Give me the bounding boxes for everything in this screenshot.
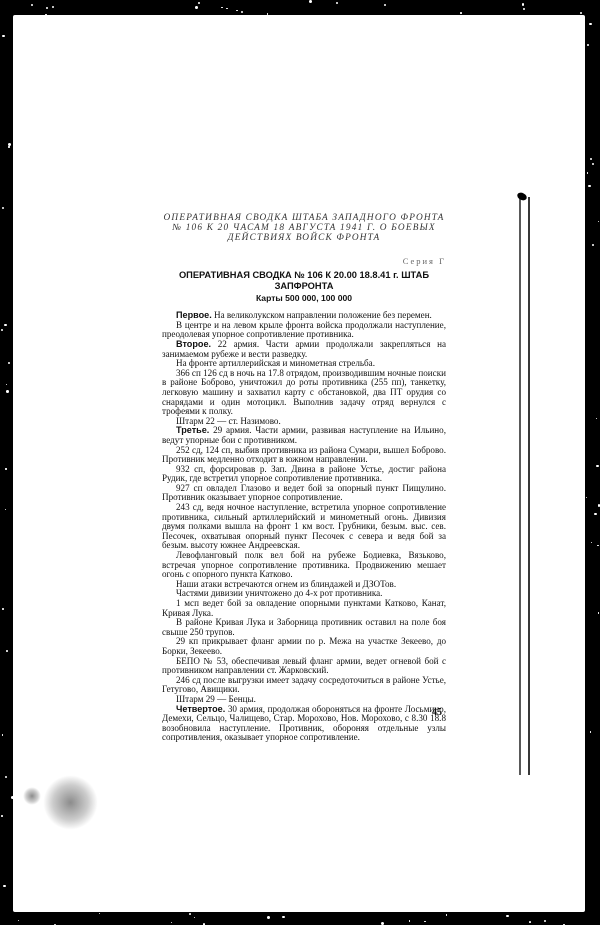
scan-noise	[5, 468, 6, 469]
scan-noise	[592, 163, 594, 165]
paragraph-text: В районе Кривая Лука и Заборница противн…	[162, 617, 446, 637]
maps-line: Карты 500 000, 100 000	[162, 294, 446, 304]
scan-noise	[282, 916, 285, 919]
report-paragraph: Третье. 29 армия. Части армии, развивая …	[162, 426, 446, 445]
document-title: ОПЕРАТИВНАЯ СВОДКА ШТАБА ЗАПАДНОГО ФРОНТ…	[162, 213, 446, 243]
paragraph-lead: Первое.	[176, 310, 212, 320]
paragraph-text: 927 сп овладел Глазово и ведет бой за оп…	[162, 483, 446, 503]
report-paragraph: В районе Кривая Лука и Заборница противн…	[162, 618, 446, 637]
scan-noise	[2, 207, 4, 209]
report-heading: ОПЕРАТИВНАЯ СВОДКА № 106 К 20.00 18.8.41…	[162, 270, 446, 292]
paragraph-text: На великолукском направлении положение б…	[212, 310, 432, 320]
report-paragraph: Второе. 22 армия. Части армии продолжали…	[162, 340, 446, 359]
scan-noise	[2, 35, 5, 38]
page-number: 45	[432, 707, 442, 718]
report-paragraph: 366 сп 126 сд в ночь на 17.8 отрядом, пр…	[162, 369, 446, 417]
paragraph-text: Штарм 22 — ст. Назимово.	[176, 416, 281, 426]
scan-noise	[384, 4, 386, 6]
scan-noise	[587, 172, 588, 173]
paragraph-text: Наши атаки встречаются огнем из блиндаже…	[176, 579, 396, 589]
document-body: ОПЕРАТИВНАЯ СВОДКА ШТАБА ЗАПАДНОГО ФРОНТ…	[162, 213, 446, 743]
paragraph-text: В центре и на левом крыле фронта войска …	[162, 320, 446, 340]
scan-noise	[5, 509, 6, 510]
scan-noise	[594, 513, 596, 515]
scan-noise	[2, 734, 4, 736]
scan-smudge	[43, 775, 98, 830]
scan-noise	[1, 815, 3, 817]
scan-noise	[590, 158, 592, 160]
scan-noise	[597, 545, 598, 546]
report-paragraph: 29 кп прикрывает фланг армии по р. Межа …	[162, 637, 446, 656]
report-paragraph: 927 сп овладел Глазово и ведет бой за оп…	[162, 484, 446, 503]
paragraph-text: 246 сд после выгрузки имеет задачу сосре…	[162, 675, 446, 695]
series-label: Серия Г	[162, 257, 446, 267]
scan-noise	[189, 913, 191, 915]
scan-noise	[18, 920, 20, 922]
paragraph-text: Штарм 29 — Бенцы.	[176, 694, 256, 704]
scan-noise	[588, 185, 590, 187]
report-paragraph: Левофланговый полк вел бой на рубеже Бод…	[162, 551, 446, 580]
paragraph-lead: Второе.	[176, 339, 211, 349]
scan-noise	[3, 885, 5, 887]
scan-noise	[529, 921, 531, 923]
scan-noise	[194, 917, 195, 918]
report-paragraph: 246 сд после выгрузки имеет задачу сосре…	[162, 676, 446, 695]
report-paragraph: В центре и на левом крыле фронта войска …	[162, 321, 446, 340]
scan-noise	[590, 731, 591, 732]
scan-noise	[236, 10, 237, 11]
scan-noise	[544, 920, 546, 922]
scan-noise	[5, 776, 7, 778]
scan-noise	[598, 221, 599, 222]
paragraph-text: Частями дивизии уничтожено до 4-х рот пр…	[176, 588, 382, 598]
scan-noise	[267, 13, 268, 14]
scan-noise	[31, 4, 33, 6]
paragraph-text: Левофланговый полк вел бой на рубеже Бод…	[162, 550, 446, 579]
scan-noise	[523, 8, 525, 10]
scan-noise	[4, 324, 7, 327]
paragraph-text: 366 сп 126 сд в ночь на 17.8 отрядом, пр…	[162, 368, 446, 416]
scan-noise	[587, 44, 589, 46]
scan-noise	[336, 2, 338, 4]
scan-noise	[6, 390, 9, 393]
scan-noise	[6, 650, 8, 652]
scan-noise	[221, 7, 222, 8]
ink-blot	[516, 191, 528, 202]
report-paragraphs: Первое. На великолукском направлении пол…	[162, 311, 446, 743]
scan-noise	[198, 2, 200, 4]
paragraph-text: 1 мсп ведет бой за овладение опорными пу…	[162, 598, 446, 618]
scan-noise	[591, 542, 592, 543]
scan-noise	[309, 0, 312, 3]
scan-noise	[598, 612, 599, 613]
report-paragraph: 252 сд, 124 сп, выбив противника из райо…	[162, 446, 446, 465]
scan-noise	[8, 146, 9, 147]
scan-noise	[589, 23, 592, 26]
scan-noise	[2, 608, 4, 610]
paragraph-lead: Третье.	[176, 425, 209, 435]
scan-noise	[1, 329, 3, 331]
paragraph-text: 29 кп прикрывает фланг армии по р. Межа …	[162, 636, 446, 656]
scan-noise	[522, 3, 524, 5]
scan-noise	[11, 796, 14, 799]
scan-noise	[267, 916, 270, 919]
paragraph-text: 252 сд, 124 сп, выбив противника из райо…	[162, 445, 446, 465]
scan-noise	[52, 6, 54, 8]
scan-smudge	[23, 787, 41, 805]
paragraph-text: БЕПО № 53, обеспечивая левый фланг армии…	[162, 656, 446, 676]
paragraph-text: 243 сд, ведя ночное наступление, встрети…	[162, 502, 446, 550]
scan-noise	[226, 8, 228, 10]
scan-noise	[171, 922, 173, 924]
scan-noise	[460, 12, 462, 14]
binding-line	[528, 197, 530, 775]
paragraph-lead: Четвертое.	[176, 704, 225, 714]
report-paragraph: БЕПО № 53, обеспечивая левый фланг армии…	[162, 657, 446, 676]
scan-noise	[506, 915, 509, 918]
paragraph-text: На фронте артиллерийская и минометная ст…	[176, 358, 375, 368]
scan-noise	[596, 465, 599, 468]
scan-noise	[8, 143, 11, 146]
scan-noise	[580, 12, 582, 14]
scan-noise	[46, 7, 48, 9]
scan-noise	[241, 11, 243, 13]
paragraph-text: 932 сп, форсировав р. Зап. Двина в район…	[162, 464, 446, 484]
report-paragraph: Четвертое. 30 армия, продолжая оборонять…	[162, 705, 446, 743]
report-paragraph: 243 сд, ведя ночное наступление, встрети…	[162, 503, 446, 551]
scan-noise	[99, 913, 100, 914]
scan-noise	[586, 497, 587, 498]
binding-line	[519, 197, 521, 775]
scan-noise	[592, 244, 594, 246]
scan-noise	[6, 384, 7, 385]
report-paragraph: 1 мсп ведет бой за овладение опорными пу…	[162, 599, 446, 618]
scan-noise	[409, 920, 411, 922]
scan-noise	[8, 362, 10, 364]
scan-noise	[596, 418, 597, 419]
scan-noise	[424, 921, 425, 922]
scan-noise	[446, 914, 447, 915]
scan-noise	[195, 6, 198, 9]
report-paragraph: 932 сп, форсировав р. Зап. Двина в район…	[162, 465, 446, 484]
